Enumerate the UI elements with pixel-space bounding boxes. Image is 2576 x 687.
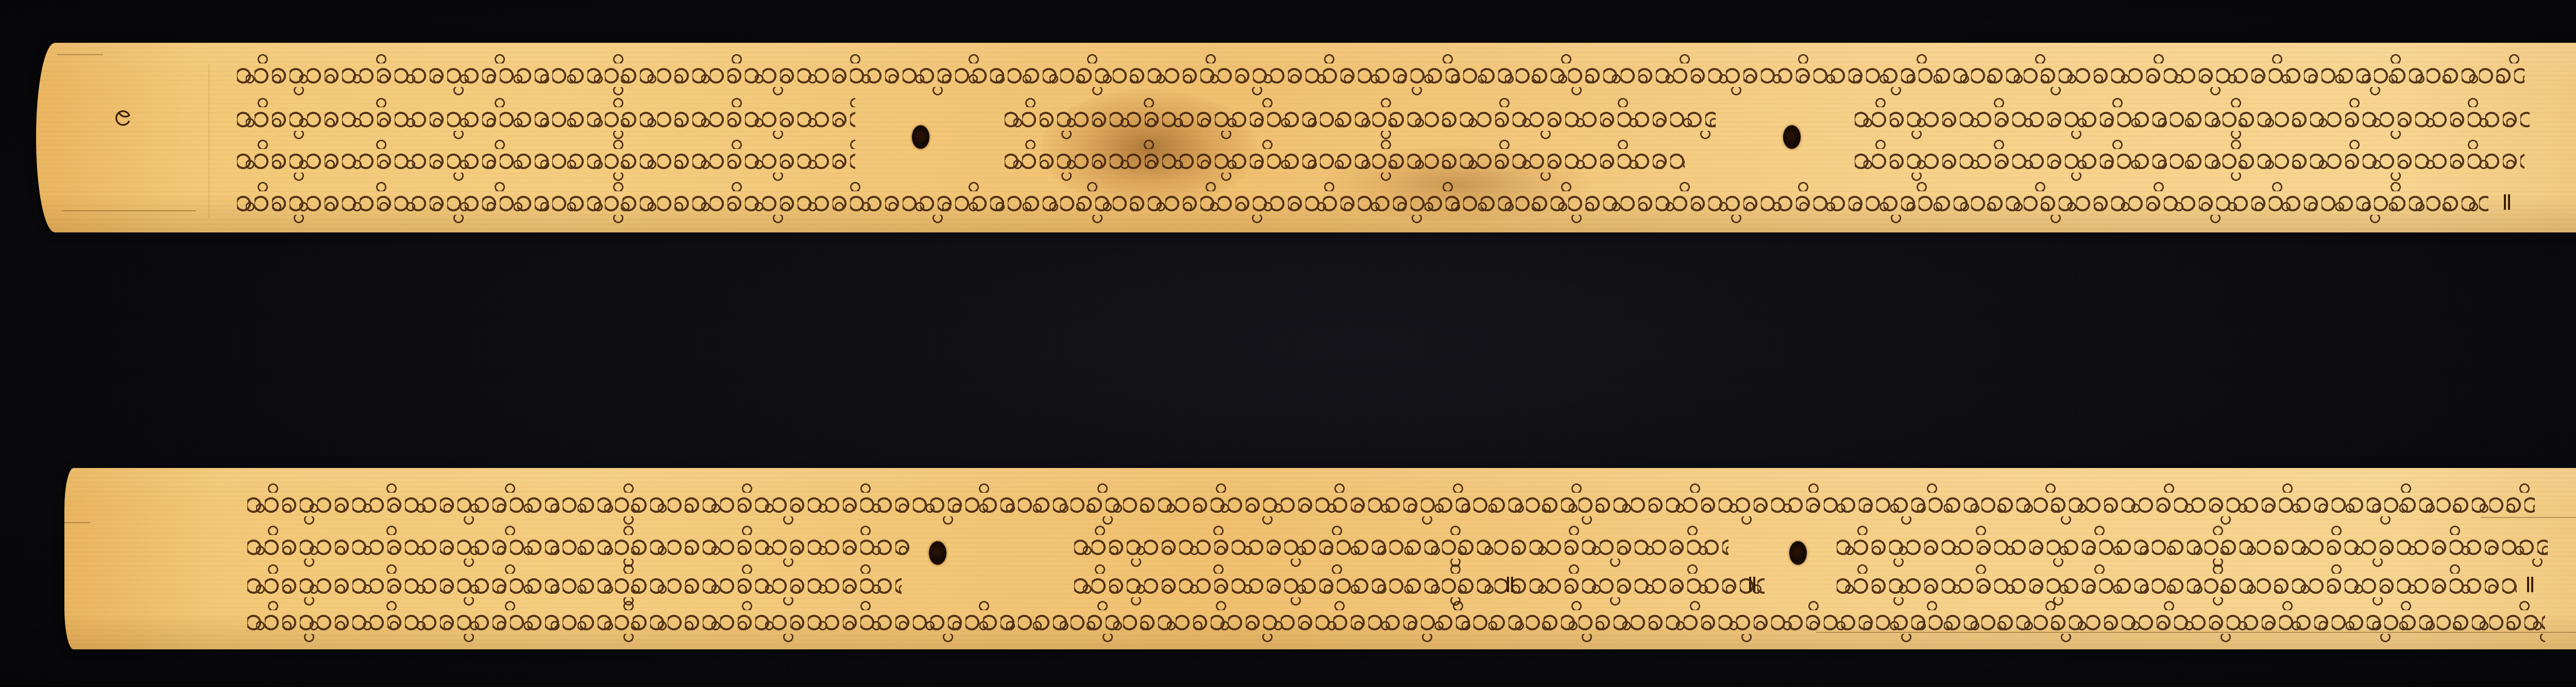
section-mark [1507, 577, 1513, 592]
script-line-1 [237, 63, 2524, 87]
script-line-3-seg-1 [237, 149, 855, 173]
scratch-line [62, 210, 196, 211]
script-line-3-seg-3 [1855, 149, 2524, 173]
script-line-2-seg-3 [1855, 107, 2530, 131]
section-mark [2504, 194, 2510, 210]
margin-ruling [209, 63, 209, 218]
script-line-2-seg-1 [247, 535, 912, 559]
script-line-3-seg-1 [247, 574, 902, 597]
scratch-line [64, 522, 90, 523]
script-line-1 [247, 493, 2535, 516]
script-line-2-seg-2 [1005, 107, 1716, 131]
script-line-3-seg-3 [1837, 574, 2517, 597]
string-hole [1789, 541, 1807, 565]
string-hole [912, 125, 929, 149]
section-mark [2527, 577, 2533, 592]
script-line-4 [247, 610, 2545, 634]
script-line-2-seg-2 [1074, 535, 1728, 559]
script-line-2-seg-1 [237, 107, 855, 131]
palm-leaf-top: ၔ [Myanmar script line 1 – full width] [… [36, 43, 2576, 232]
string-hole [929, 541, 946, 565]
scratch-line [57, 54, 103, 55]
page-marker: ၔ [113, 93, 133, 142]
script-line-2-seg-3 [1837, 535, 2548, 559]
string-hole [1783, 125, 1801, 149]
section-mark [1749, 577, 1755, 592]
script-line-4 [237, 191, 2488, 215]
script-line-3-seg-2 [1074, 574, 1765, 597]
palm-leaf-bottom: [Myanmar script line 1 – full width] [My… [64, 468, 2576, 649]
script-line-3-seg-2 [1005, 149, 1685, 173]
